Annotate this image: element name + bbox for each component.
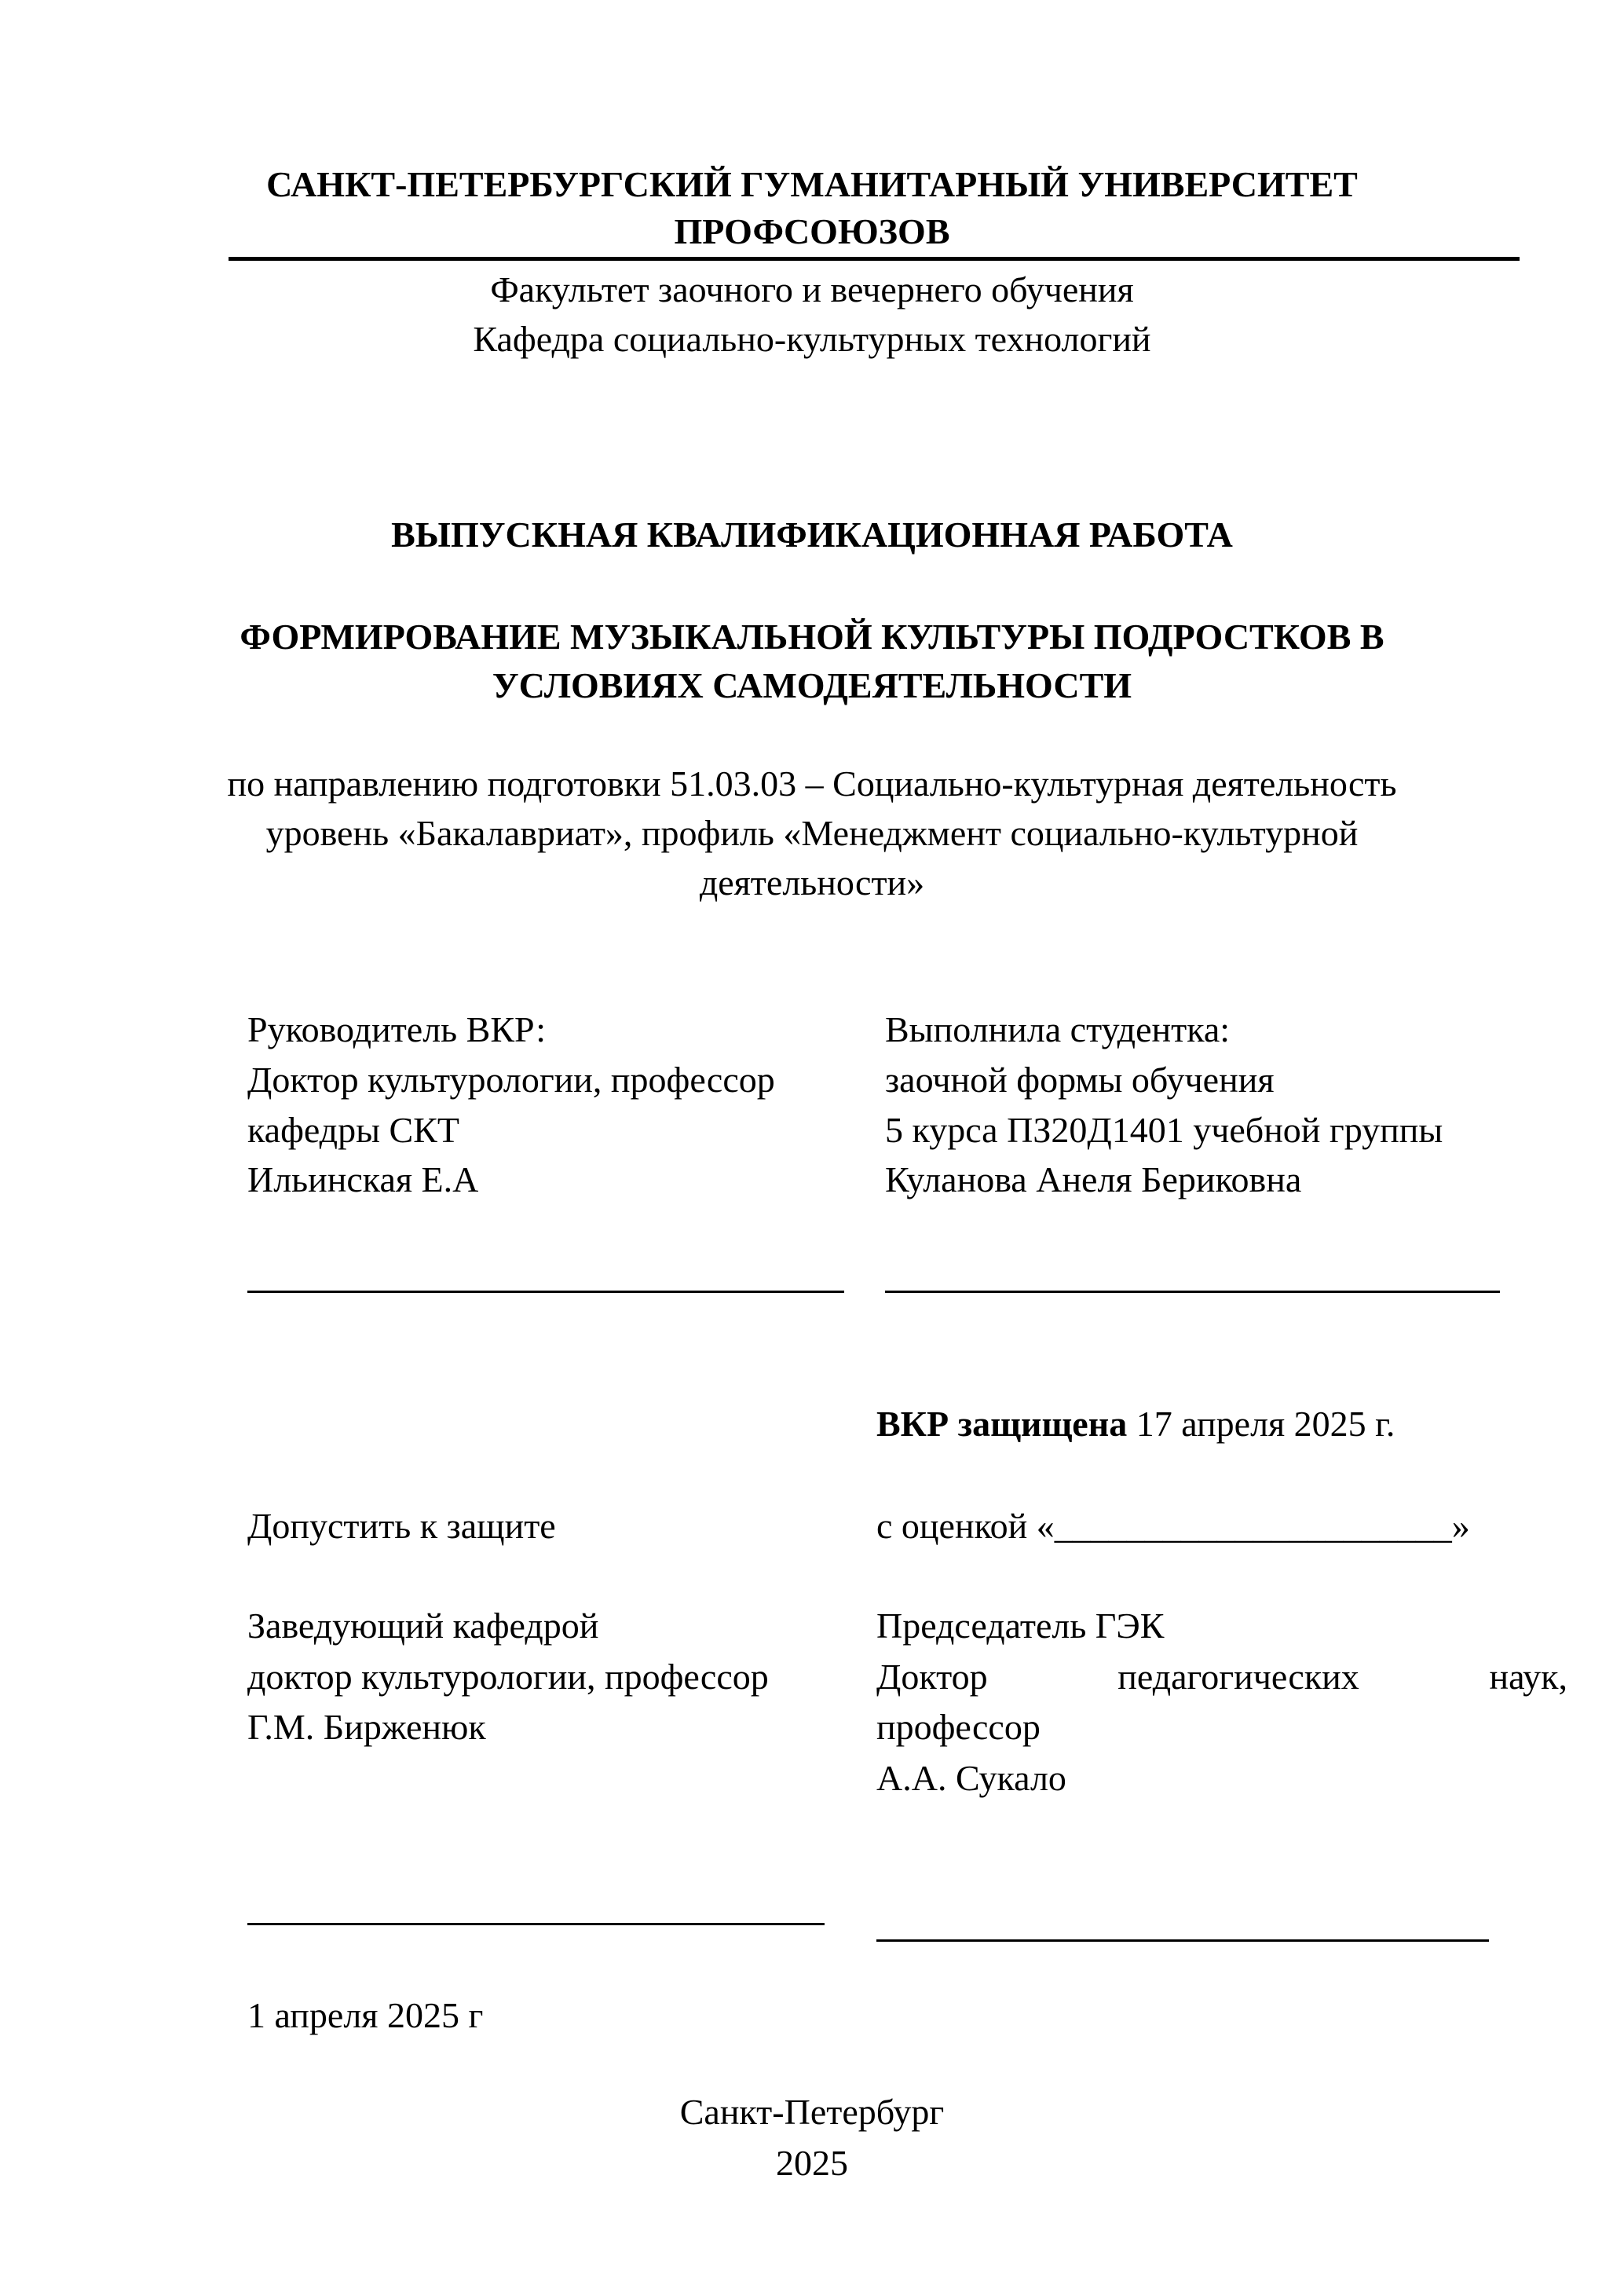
direction-line1: по направлению подготовки 51.03.03 – Соц… xyxy=(0,766,1624,802)
year: 2025 xyxy=(0,2145,1624,2181)
supervisor-title1: Доктор культурологии, профессор xyxy=(247,1062,775,1098)
commission-chair-rank: профессор xyxy=(876,1709,1041,1745)
student-signature-line xyxy=(885,1291,1500,1293)
topic-line2: УСЛОВИЯХ САМОДЕЯТЕЛЬНОСТИ xyxy=(0,668,1624,704)
direction-line3: деятельности» xyxy=(0,865,1624,901)
header-divider xyxy=(229,257,1520,261)
grade-prefix: с оценкой « xyxy=(876,1506,1055,1546)
student-study-form: заочной формы обучения xyxy=(885,1062,1275,1098)
work-type-heading: ВЫПУСКНАЯ КВАЛИФИКАЦИОННАЯ РАБОТА xyxy=(0,517,1624,553)
head-of-department-degree: доктор культурологии, профессор xyxy=(247,1659,769,1695)
head-of-department-name: Г.М. Бирженюк xyxy=(247,1709,486,1745)
grade-blank-field[interactable]: ______________________ xyxy=(1055,1506,1452,1546)
grade-suffix: » xyxy=(1452,1506,1470,1546)
department-name: Кафедра социально-культурных технологий xyxy=(0,321,1624,357)
supervisor-title2: кафедры СКТ xyxy=(247,1112,459,1148)
commission-signature-line xyxy=(876,1939,1489,1942)
head-signature-line xyxy=(247,1923,825,1925)
supervisor-name: Ильинская Е.А xyxy=(247,1162,478,1198)
head-of-department-title: Заведующий кафедрой xyxy=(247,1608,598,1644)
faculty-name: Факультет заочного и вечернего обучения xyxy=(0,272,1624,308)
direction-line2: уровень «Бакалавриат», профиль «Менеджме… xyxy=(0,815,1624,851)
commission-chair-degree: Доктор педагогических наук, xyxy=(876,1659,1567,1695)
admission-label: Допустить к защите xyxy=(247,1508,556,1544)
defense-status: ВКР защищена 17 апреля 2025 г. xyxy=(876,1406,1395,1442)
defense-grade: с оценкой «______________________» xyxy=(876,1508,1470,1544)
university-name-line1: САНКТ-ПЕТЕРБУРГСКИЙ ГУМАНИТАРНЫЙ УНИВЕРС… xyxy=(0,167,1624,203)
degree-word: Доктор xyxy=(876,1659,988,1695)
degree-word: педагогических xyxy=(1117,1659,1359,1695)
supervisor-label: Руководитель ВКР: xyxy=(247,1012,546,1048)
university-name-line2: ПРОФСОЮЗОВ xyxy=(0,214,1624,250)
student-label: Выполнила студентка: xyxy=(885,1012,1230,1048)
student-group: 5 курса ПЗ20Д1401 учебной группы xyxy=(885,1112,1443,1148)
defense-label: ВКР защищена xyxy=(876,1404,1127,1444)
defense-date: 17 апреля 2025 г. xyxy=(1127,1404,1395,1444)
student-name: Куланова Анеля Бериковна xyxy=(885,1162,1301,1198)
commission-chair-name: А.А. Сукало xyxy=(876,1760,1066,1796)
admission-date: 1 апреля 2025 г xyxy=(247,1998,483,2034)
supervisor-signature-line xyxy=(247,1291,844,1293)
degree-word: наук, xyxy=(1489,1659,1567,1695)
commission-chair-title: Председатель ГЭК xyxy=(876,1608,1164,1644)
topic-line1: ФОРМИРОВАНИЕ МУЗЫКАЛЬНОЙ КУЛЬТУРЫ ПОДРОС… xyxy=(0,619,1624,655)
city: Санкт-Петербург xyxy=(0,2094,1624,2130)
